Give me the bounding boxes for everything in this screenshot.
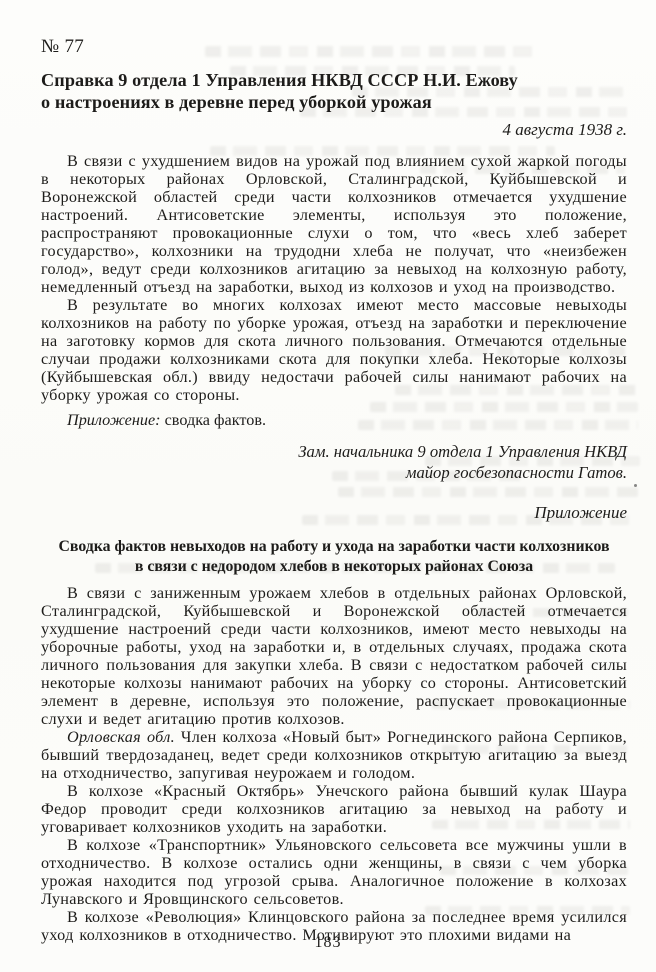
- appendix-label: Приложение: [41, 503, 627, 523]
- attachment-text: сводка фактов.: [161, 411, 266, 429]
- document-content: № 77 Справка 9 отдела 1 Управления НКВД …: [41, 36, 627, 944]
- appendix-paragraph-overview: В связи с заниженным урожаем хлебов в от…: [41, 584, 627, 728]
- signature-position: Зам. начальника 9 отдела 1 Управления НК…: [41, 441, 627, 462]
- scanned-book-page: № 77 Справка 9 отдела 1 Управления НКВД …: [0, 0, 656, 972]
- document-title-line2: о настроениях в деревне перед уборкой ур…: [41, 91, 627, 113]
- paragraph-weather-rumors: В связи с ухудшением видов на урожай под…: [41, 152, 627, 296]
- appendix-heading: Сводка фактов невыходов на работу и уход…: [41, 537, 627, 577]
- document-number: № 77: [41, 36, 627, 58]
- region-label-orlovskaya: Орловская обл.: [67, 728, 175, 746]
- ink-speck: [634, 484, 637, 487]
- appendix-heading-line1: Сводка фактов невыходов на работу и уход…: [41, 537, 627, 557]
- appendix-paragraph-orlovskaya: Орловская обл. Член колхоза «Новый быт» …: [41, 728, 627, 782]
- attachment-label: Приложение:: [67, 411, 161, 429]
- appendix-paragraph-krasny-oktyabr: В колхозе «Красный Октябрь» Унечского ра…: [41, 782, 627, 836]
- attachment-note: Приложение: сводка фактов.: [41, 411, 627, 429]
- signature-block: Зам. начальника 9 отдела 1 Управления НК…: [41, 441, 627, 483]
- appendix-paragraph-transportnik: В колхозе «Транспортник» Ульяновского се…: [41, 836, 627, 908]
- document-title: Справка 9 отдела 1 Управления НКВД СССР …: [41, 69, 627, 113]
- signature-rank-name: майор госбезопасности Гатов.: [41, 462, 627, 483]
- appendix-heading-line2: в связи с недородом хлебов в некоторых р…: [41, 557, 627, 577]
- document-title-line1: Справка 9 отдела 1 Управления НКВД СССР …: [41, 69, 627, 91]
- paragraph-consequences: В результате во многих колхозах имеют ме…: [41, 296, 627, 404]
- page-number: 183: [0, 934, 656, 952]
- document-date: 4 августа 1938 г.: [41, 120, 627, 140]
